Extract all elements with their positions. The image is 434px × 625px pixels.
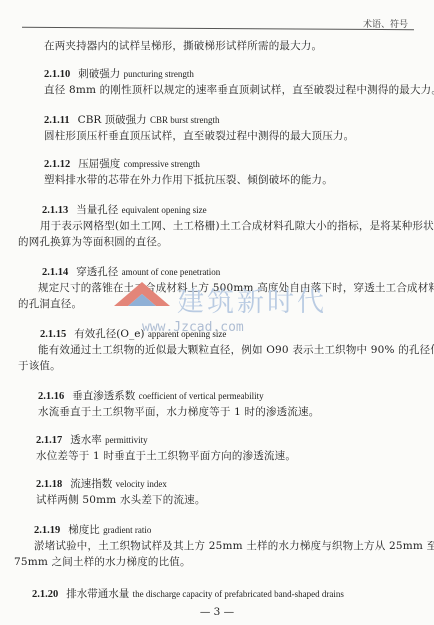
term-definition: 圆柱形顶压杆垂直顶压试样，直至破裂过程中测得的最大顶压力。 [44, 128, 354, 143]
term-heading: 2.1.17透水率 permittivity [36, 432, 148, 447]
term-definition: 直径 8mm 的刚性顶杆以规定的速率垂直顶刺试样，直至破裂过程中测得的最大力。 [44, 82, 434, 97]
term-definition: 能有效通过土工织物的近似最大颗粒直径，例如 O90 表示土工织物中 90% 的孔… [38, 342, 434, 357]
continuation-text: 在两夹持器内的试样呈梯形，撕破梯形试样所需的最大力。 [44, 38, 322, 53]
term-definition: 用于表示网格型(如土工网、土工格栅)土工合成材料孔隙大小的指标，是将某种形状 [40, 218, 434, 233]
term-heading: 2.1.12压屈强度 compressive strength [44, 156, 200, 171]
term-definition: 的网孔换算为等面积圆的直径。 [18, 234, 168, 249]
term-heading: 2.1.13当量孔径 equivalent opening size [42, 202, 207, 217]
term-definition: 淤堵试验中，土工织物试样及其上方 25mm 土样的水力梯度与织物上方从 25mm… [34, 538, 434, 553]
term-heading: 2.1.16垂直渗透系数 coefficient of vertical per… [38, 388, 264, 403]
term-definition: 水流垂直于土工织物平面，水力梯度等于 1 时的渗透流速。 [38, 404, 319, 419]
term-definition: 的孔洞直径。 [18, 296, 82, 311]
term-heading: 2.1.11CBR 顶破强力 CBR burst strength [44, 112, 220, 127]
term-heading: 2.1.10刺破强力 puncturing strength [44, 66, 194, 81]
term-definition: 塑料排水带的芯带在外力作用下抵抗压裂、倾倒破坏的能力。 [44, 172, 333, 187]
term-heading: 2.1.14穿透孔径 amount of cone penetration [42, 264, 220, 279]
term-heading: 2.1.19梯度比 gradient ratio [34, 522, 151, 537]
page-number: — 3 — [0, 606, 434, 618]
term-definition: 试样两侧 50mm 水头差下的流速。 [36, 492, 206, 507]
term-heading: 2.1.15有效孔径(O_e) apparent opening size [40, 326, 226, 341]
term-definition: 75mm 之间土样的水力梯度的比值。 [14, 554, 191, 569]
term-definition: 水位差等于 1 时垂直于土工织物平面方向的渗透流速。 [36, 448, 296, 463]
term-definition: 于该值。 [18, 358, 61, 373]
header-divider [22, 27, 414, 30]
term-heading: 2.1.20排水带通水量 the discharge capacity of p… [32, 586, 344, 601]
watermark-text: 建筑新时代 [177, 280, 327, 319]
term-heading: 2.1.18流速指数 velocity index [36, 476, 167, 491]
watermark-logo-icon [112, 280, 172, 310]
